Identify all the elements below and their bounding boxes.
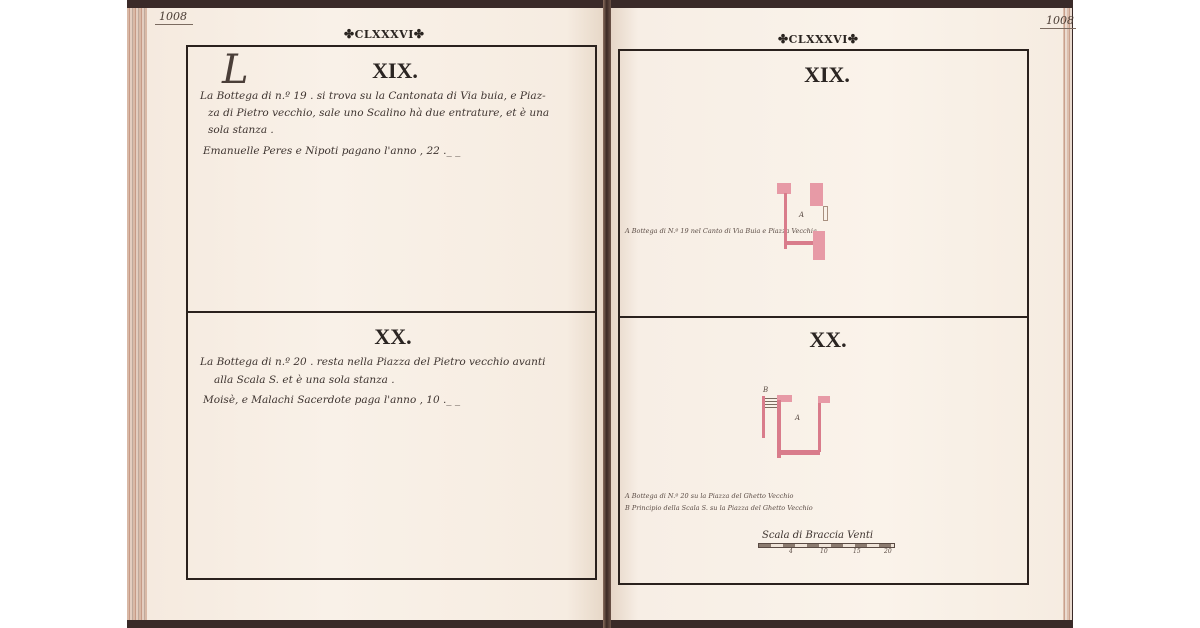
scale-title: Scala di Braccia Venti [762, 530, 873, 541]
right-page-header: ✤CLXXXVI✤ [778, 32, 858, 46]
left-folio-number: 1008 [155, 10, 193, 25]
right-xix-legend-a: A Bottega di N.º 19 nel Canto di Via Bui… [625, 227, 817, 235]
left-header-numeral: CLXXXVI [355, 28, 414, 41]
right-section-number-xix: XIX. [767, 62, 887, 88]
left-section-divider [186, 311, 597, 313]
scale-tick: 20 [884, 548, 892, 555]
right-folio-number: 1008 [1040, 14, 1076, 29]
scale-tick: 4 [789, 548, 793, 555]
scale-tick: 15 [853, 548, 861, 555]
left-xx-line-2: alla Scala S. et è una sola stanza . [214, 372, 395, 389]
left-xix-tenant-line: Emanuelle Peres e Nipoti pagano l'anno ,… [203, 143, 460, 160]
book-gutter [603, 0, 611, 628]
left-section-number-xix: XIX. [335, 58, 455, 84]
left-xix-line-3: sola stanza . [208, 122, 274, 139]
plan-label-a: A [799, 211, 804, 219]
fleuron-icon: ✤ [414, 27, 425, 41]
fleuron-icon: ✤ [344, 27, 355, 41]
right-section-number-xx: XX. [768, 327, 888, 353]
right-header-numeral: CLXXXVI [789, 33, 848, 46]
fleuron-icon: ✤ [778, 32, 789, 46]
left-xx-tenant-line: Moisè, e Malachi Sacerdote paga l'anno ,… [203, 392, 460, 409]
left-section-number-xx: XX. [333, 324, 453, 350]
page-edges-left [127, 8, 149, 620]
left-xix-line-2: za di Pietro vecchio, sale uno Scalino h… [208, 105, 549, 122]
page-edges-right [1062, 8, 1072, 620]
right-xx-legend-a: A Bottega di N.º 20 su la Piazza del Ghe… [625, 492, 793, 500]
decorative-initial: L [222, 50, 249, 90]
right-xx-legend-b: B Principio della Scala S. su la Piazza … [625, 504, 813, 512]
right-section-divider [618, 316, 1029, 318]
left-page-header: ✤CLXXXVI✤ [344, 27, 424, 41]
left-xx-line-1: La Bottega di n.º 20 . resta nella Piazz… [200, 354, 545, 371]
plan-label-b: B [763, 386, 768, 394]
left-xix-line-1: La Bottega di n.º 19 . si trova su la Ca… [200, 88, 546, 105]
fleuron-icon: ✤ [848, 32, 859, 46]
scale-tick: 10 [820, 548, 828, 555]
plan-label-a-xx: A [795, 414, 800, 422]
